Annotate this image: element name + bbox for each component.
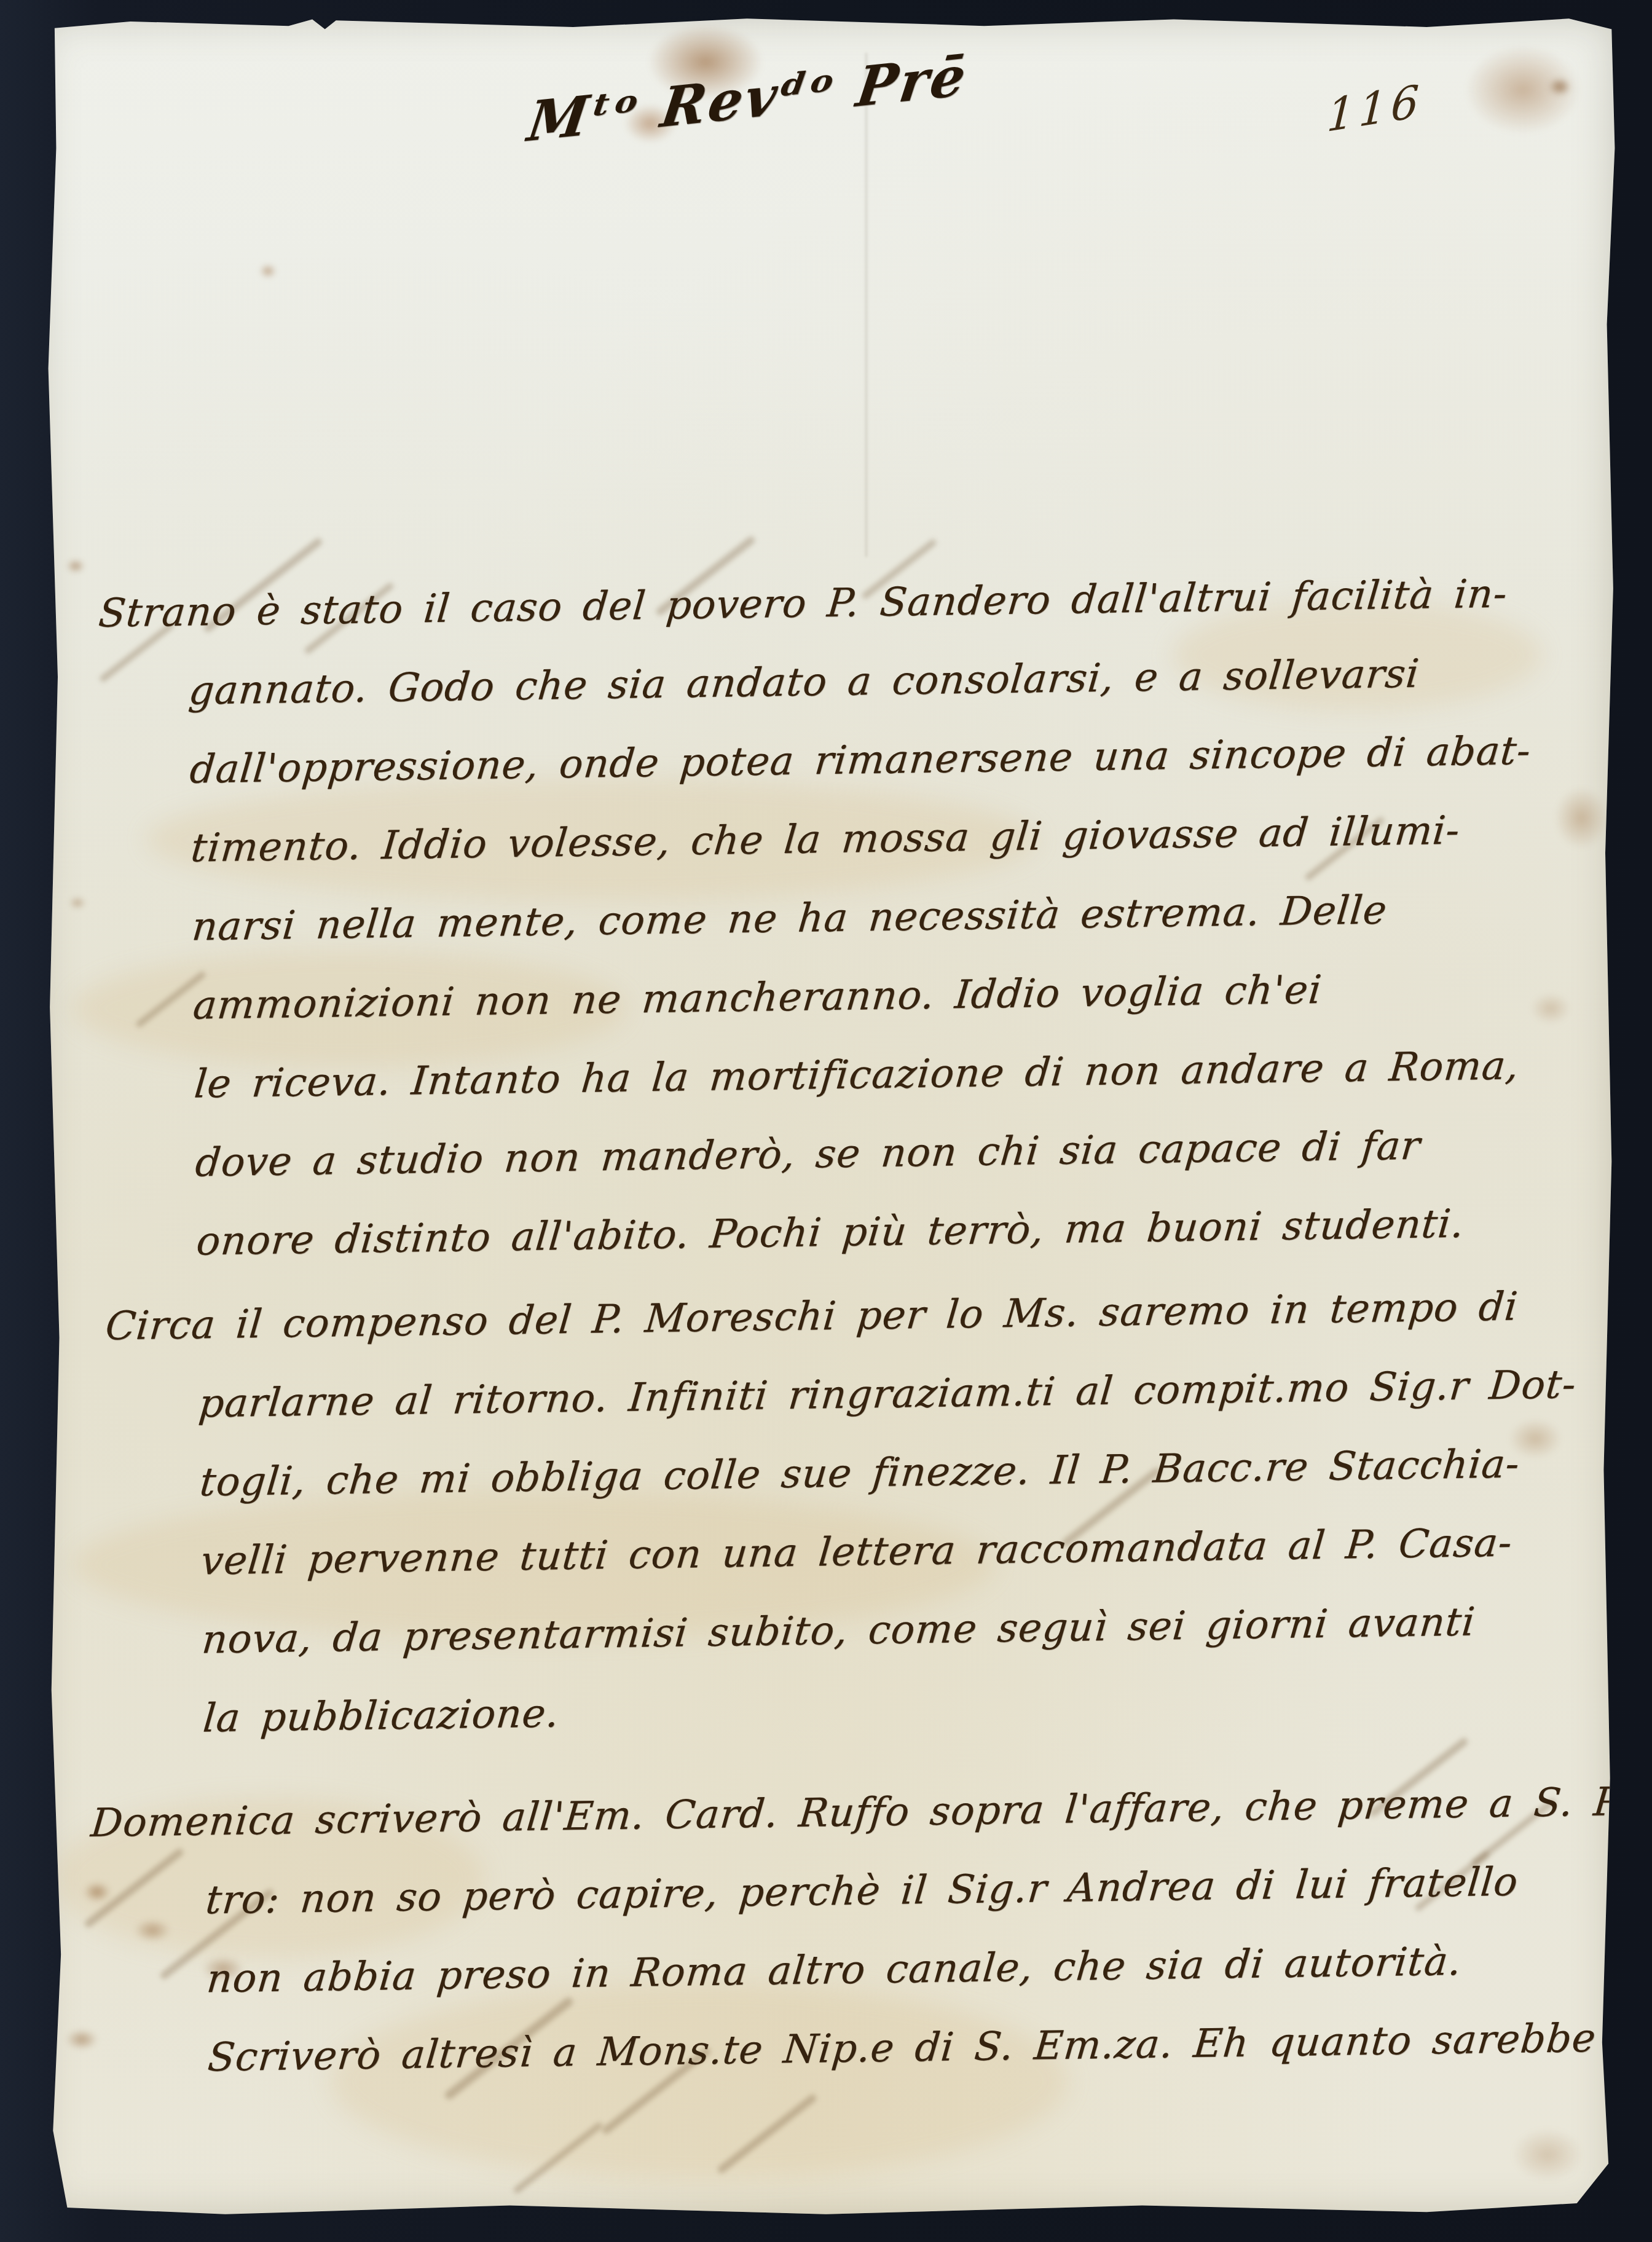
stain (1443, 28, 1603, 151)
stain (1498, 2118, 1597, 2192)
paragraph-1: Strano è stato il caso del povero P. San… (36, 553, 1614, 1283)
paragraph-2: Circa il compenso del P. Moreschi per lo… (45, 1266, 1620, 1760)
folio-number: 116 (1326, 74, 1425, 143)
stain (1544, 74, 1575, 99)
stain (63, 557, 88, 575)
fold-crease (865, 53, 867, 557)
stain (257, 262, 279, 280)
letter-body: Strano è stato il caso del povero P. San… (36, 553, 1625, 2099)
paper-sheet: Mᵗᵒ Revᵈᵒ Prē 116 Strano è stato il caso… (36, 16, 1616, 2219)
paragraph-3: Domenica scriverò all'Em. Card. Ruffo so… (52, 1763, 1625, 2099)
